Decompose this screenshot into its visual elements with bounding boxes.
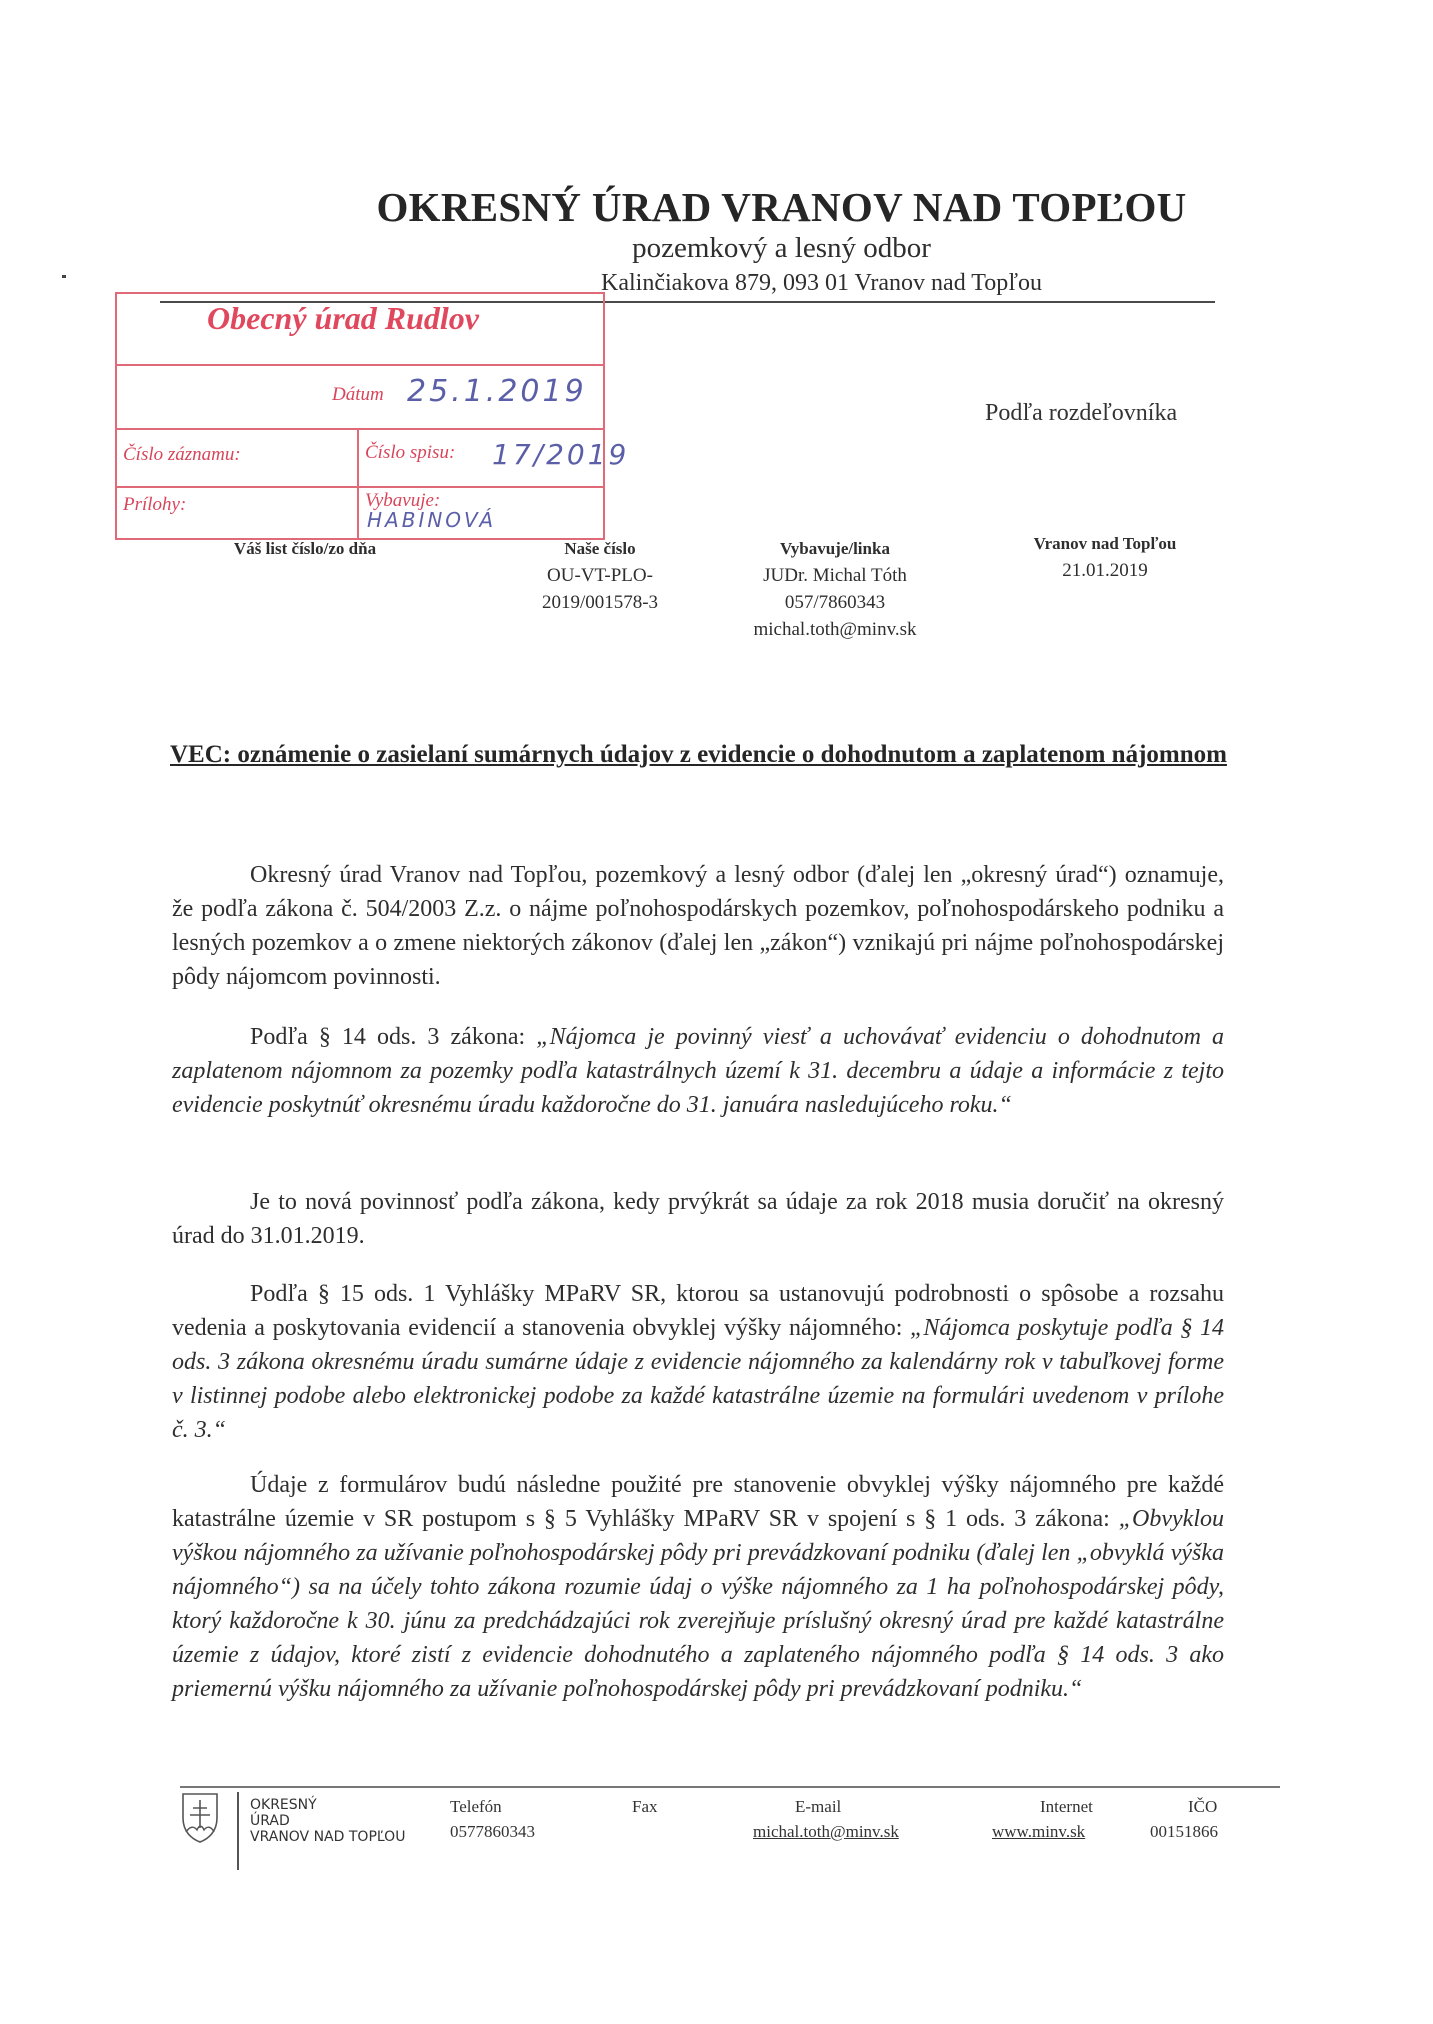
paragraph-2-intro: Podľa § 14 ods. 3 zákona: [250, 1024, 536, 1050]
footer-ico-value: 00151866 [1150, 1822, 1218, 1842]
paragraph-1: Okresný úrad Vranov nad Topľou, pozemkov… [172, 858, 1224, 994]
stamp-handler-value: HABINOVÁ [367, 508, 496, 532]
department-name: pozemkový a lesný odbor [0, 232, 1433, 265]
paragraph-3: Je to nová povinnosť podľa zákona, kedy … [172, 1185, 1224, 1253]
stamp-file-label: Číslo spisu: [365, 442, 455, 464]
stamp-file-value: 17/2019 [492, 438, 629, 471]
stamp-row-numbers: Číslo záznamu: Číslo spisu: 17/2019 [117, 428, 603, 488]
paragraph-4: Podľa § 15 ods. 1 Vyhlášky MPaRV SR, kto… [172, 1277, 1224, 1447]
footer-email-link[interactable]: michal.toth@minv.sk [753, 1822, 899, 1842]
stamp-row-date: Dátum 25.1.2019 [117, 364, 603, 430]
handler-column: Vybavuje/linka JUDr. Michal Tóth 057/786… [720, 535, 950, 643]
paragraph-5-quote: „Obvyklou výškou nájomného za užívanie p… [172, 1506, 1224, 1702]
place-date: 21.01.2019 [1000, 557, 1210, 584]
handler-label: Vybavuje/linka [720, 535, 950, 562]
slovak-coat-of-arms-icon [180, 1792, 220, 1844]
stamp-office-name: Obecný úrad Rudlov [207, 300, 479, 337]
footer-internet-link[interactable]: www.minv.sk [992, 1822, 1085, 1842]
footer-vertical-rule [237, 1792, 239, 1870]
stamp-attachments-label: Prílohy: [123, 494, 186, 516]
footer-fax-label: Fax [632, 1797, 658, 1817]
place-date-column: Vranov nad Topľou 21.01.2019 [1000, 530, 1210, 584]
our-number-column: Naše číslo OU-VT-PLO- 2019/001578-3 [500, 535, 700, 616]
stamp-row-office: Obecný úrad Rudlov [117, 294, 603, 366]
paragraph-2: Podľa § 14 ods. 3 zákona: „Nájomca je po… [172, 1020, 1224, 1122]
footer-divider [180, 1786, 1280, 1788]
stamp-record-label: Číslo záznamu: [123, 444, 241, 466]
handler-name: JUDr. Michal Tóth [720, 562, 950, 589]
footer-org-line2: ÚRAD [250, 1813, 405, 1829]
your-letter-column: Váš list číslo/zo dňa [190, 535, 420, 562]
paragraph-5: Údaje z formulárov budú následne použité… [172, 1468, 1224, 1706]
footer-internet-label: Internet [1040, 1797, 1093, 1817]
stamp-date-label: Dátum [332, 384, 384, 406]
place-label: Vranov nad Topľou [1000, 530, 1210, 557]
footer-org-line3: VRANOV NAD TOPĽOU [250, 1829, 405, 1845]
registry-stamp: Obecný úrad Rudlov Dátum 25.1.2019 Číslo… [115, 292, 605, 540]
footer-phone-value: 0577860343 [450, 1822, 535, 1842]
handler-email[interactable]: michal.toth@minv.sk [720, 616, 950, 643]
footer-org-line1: OKRESNÝ [250, 1797, 405, 1813]
our-number-line2: 2019/001578-3 [500, 589, 700, 616]
your-letter-label: Váš list číslo/zo dňa [190, 535, 420, 562]
stamp-column-divider [357, 428, 359, 538]
stamp-date-value: 25.1.2019 [407, 374, 587, 409]
recipient: Podľa rozdeľovníka [985, 400, 1177, 427]
paragraph-5-intro: Údaje z formulárov budú následne použité… [172, 1472, 1224, 1532]
stamp-row-handler: Prílohy: Vybavuje: HABINOVÁ [117, 486, 603, 540]
footer-phone-label: Telefón [450, 1797, 502, 1817]
office-title: OKRESNÝ ÚRAD VRANOV NAD TOPĽOU [0, 183, 1433, 231]
footer-email-label: E-mail [795, 1797, 841, 1817]
footer-ico-label: IČO [1188, 1797, 1217, 1817]
subject-line: VEC: oznámenie o zasielaní sumárnych úda… [170, 735, 1230, 775]
our-number-label: Naše číslo [500, 535, 700, 562]
handler-phone: 057/7860343 [720, 589, 950, 616]
our-number-line1: OU-VT-PLO- [500, 562, 700, 589]
footer-organization: OKRESNÝ ÚRAD VRANOV NAD TOPĽOU [250, 1797, 405, 1845]
